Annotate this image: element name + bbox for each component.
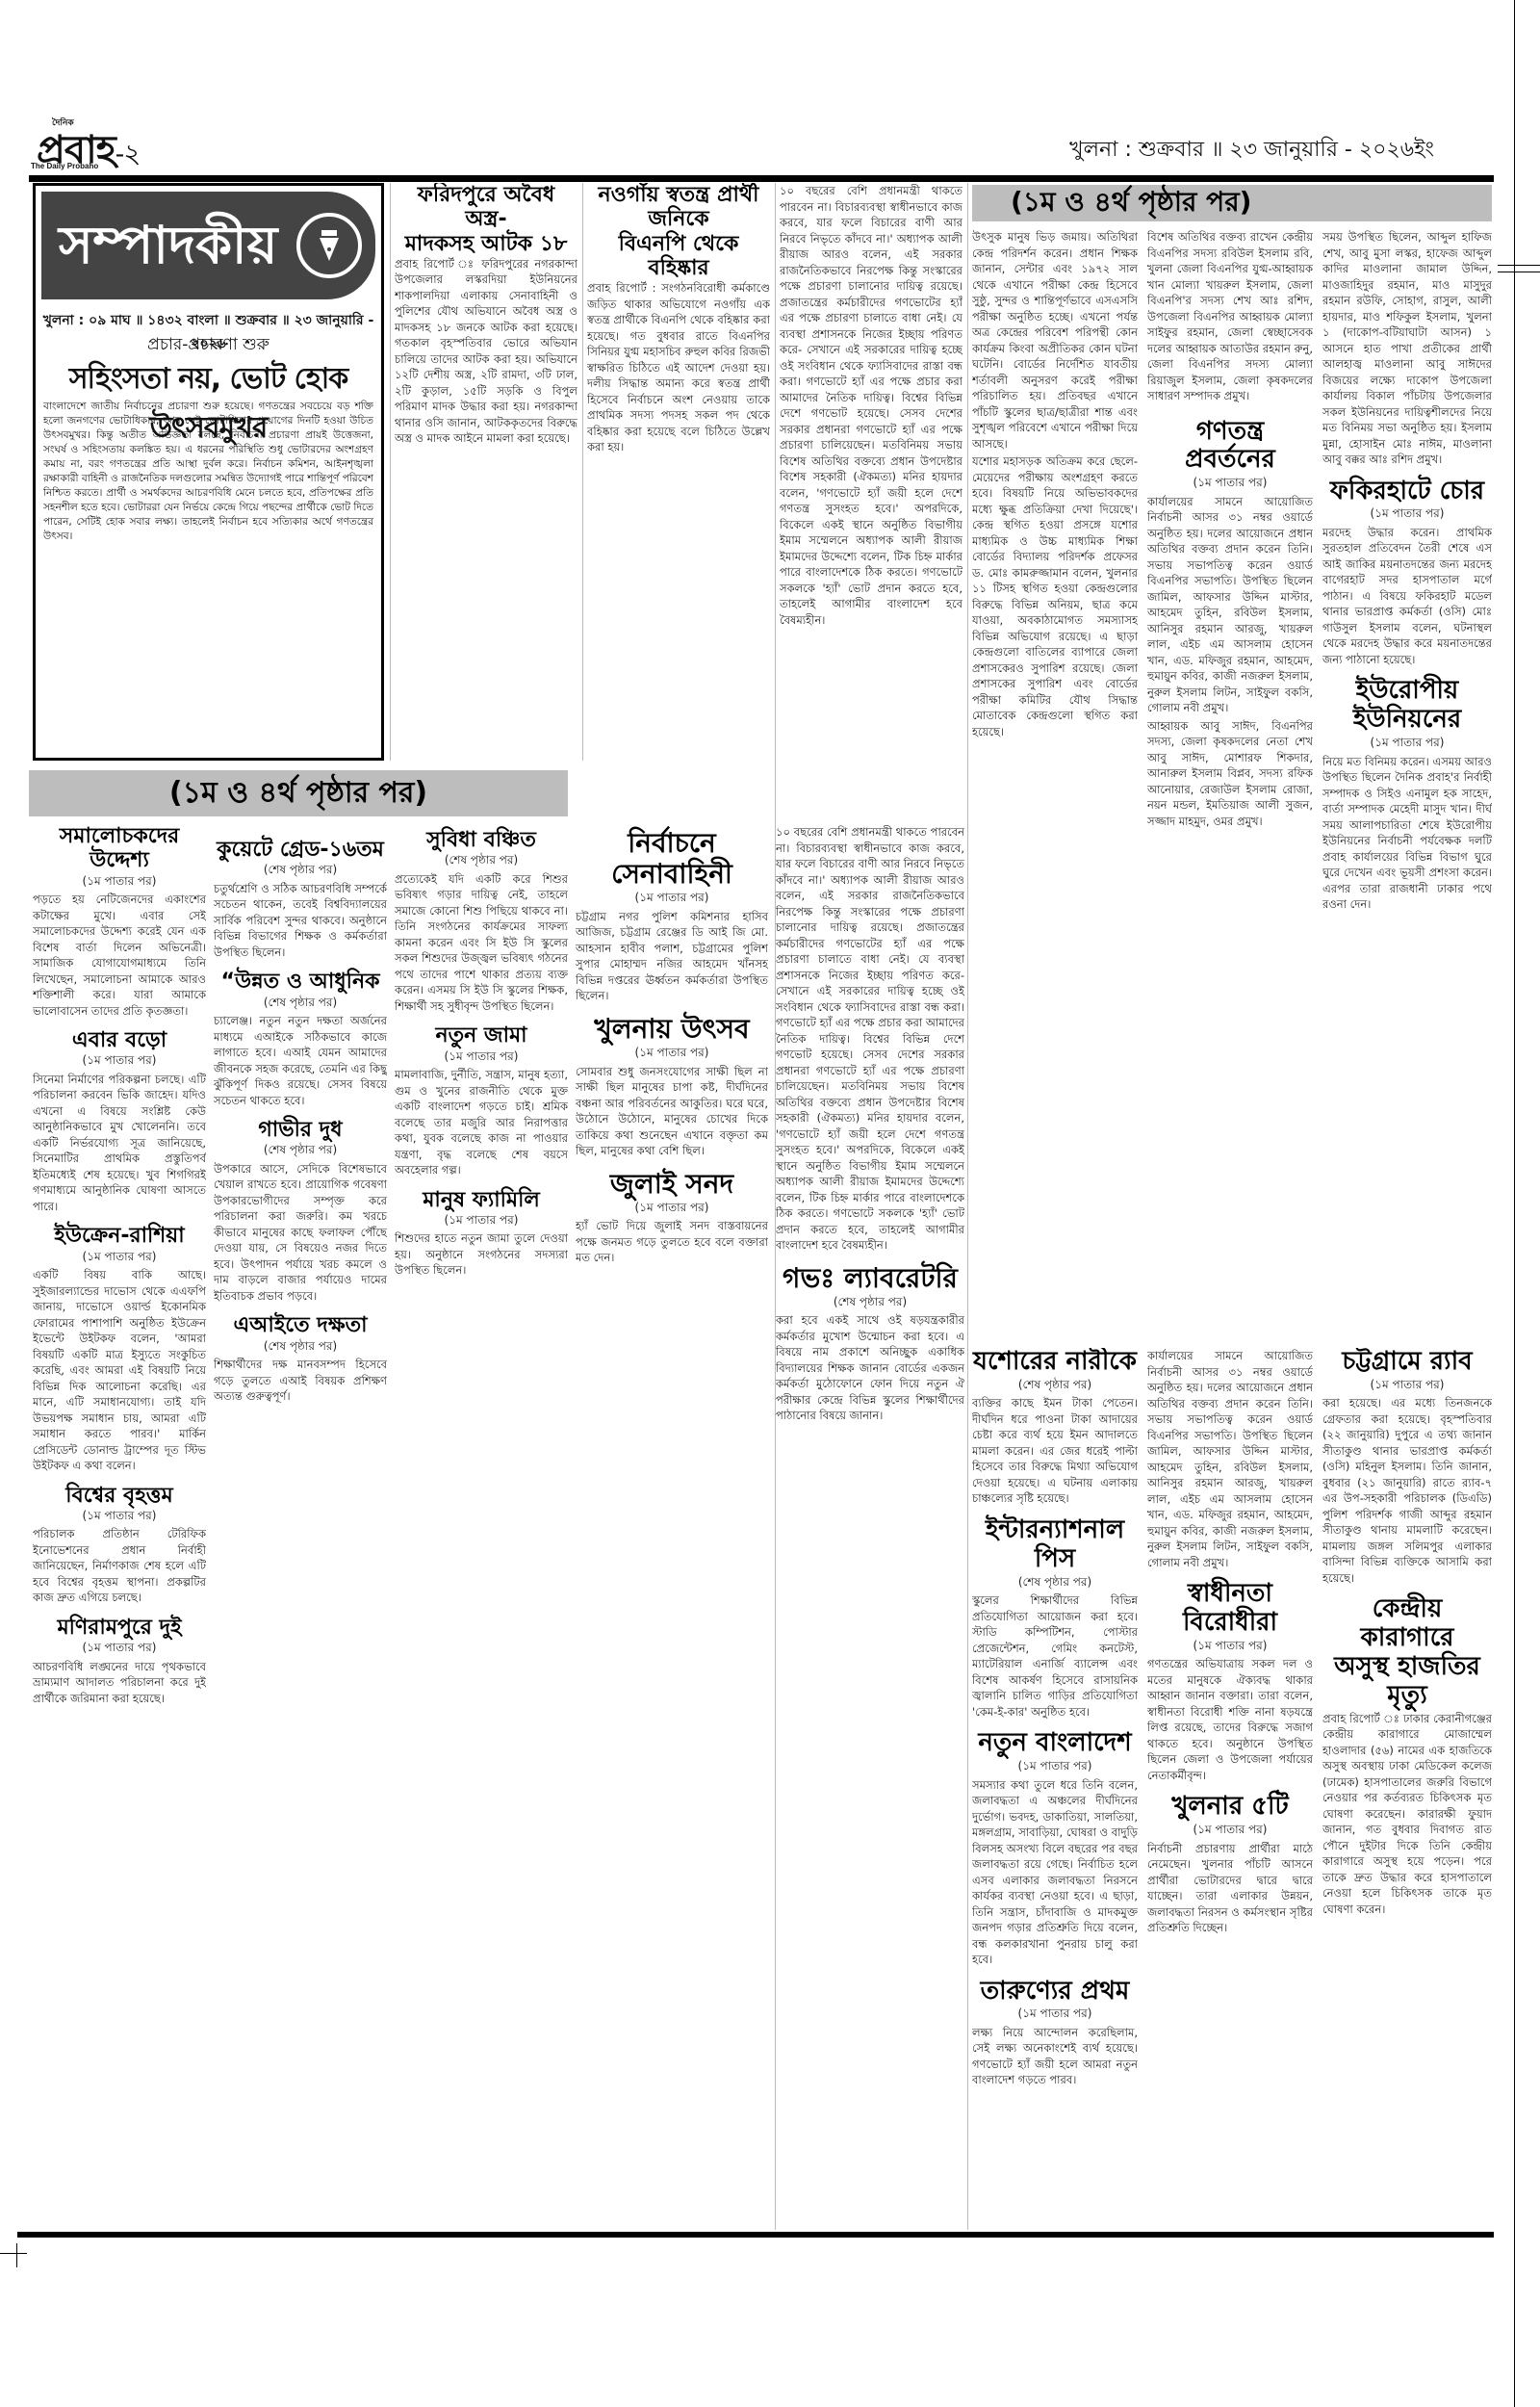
column-lower-3: সুবিধা বঞ্চিত (শেষ পৃষ্ঠার পর) প্রত্যেকে… (395, 824, 568, 2230)
story-sub: (শেষ পৃষ্ঠার পর) (972, 1574, 1138, 1591)
column-lower-1: সমালোচকদের উদ্দেশ্য (১ম পাতার পর) পড়তে … (33, 824, 206, 2230)
story-headline: যশোরের নারীকে (972, 1348, 1138, 1377)
story-sub: (শেষ পৃষ্ঠার পর) (214, 995, 387, 1011)
story-body: সমস্যার কথা তুলে ধরে তিনি বলেন, জলাবদ্ধত… (972, 1777, 1138, 1968)
column-divider (582, 183, 583, 761)
story-sub: (১ম পাতার পর) (972, 2006, 1138, 2022)
story-body: একটি বিষয় বাকি আছে। সুইজারল্যান্ডের দাভ… (33, 1267, 206, 1474)
crop-mark-right-horizontal-2 (1498, 272, 1540, 272)
story-sub: (১ম পাতার পর) (576, 1200, 768, 1216)
column-divider (775, 183, 776, 2230)
crop-mark-bottom-left-vertical (16, 2243, 17, 2267)
story-headline: গভঃ ল্যাবরেটরি (776, 1263, 964, 1294)
story-headline: মানুষ ফ্যামিলি (395, 1188, 568, 1212)
story-sub: (১ম পাতার পর) (33, 1640, 206, 1656)
masthead: দৈনিক প্রবাহ-২ The Daily Probaho খুলনা :… (29, 114, 1492, 173)
story-sub: (শেষ পৃষ্ঠার পর) (776, 1294, 964, 1310)
story-faridpur: ফরিদপুরে অবৈধ অস্ত্র-মাদকসহ আটক ১৮ প্রবা… (395, 183, 577, 761)
story-sub: (১ম পাতার পর) (1147, 1822, 1313, 1838)
logo-english: The Daily Probaho (31, 162, 98, 170)
story-body: মামলাবাজি, দুর্নীতি, সন্ত্রাস, মানুষ হত্… (395, 1067, 568, 1178)
story-naogaon: নওগাঁয় স্বতন্ত্র প্রার্থী জনিকেবিএনপি থ… (587, 183, 770, 761)
story-headline: জুলাই সনদ (576, 1169, 768, 1200)
story-body: ব্যক্তির কাছে ইমন টাকা পেতেন। দীর্ঘদিন ধ… (972, 1395, 1138, 1507)
story-body: শিক্ষার্থীদের দক্ষ মানবসম্পদ হিসেবে গড়ে… (214, 1357, 387, 1405)
story-headline: তারুণ্যের প্রথম (972, 1978, 1138, 2006)
story-body: প্রবাহ রিপোর্ট ঃ ঢাকার কেরানীগঞ্জের কেন্… (1322, 1711, 1492, 1918)
story-body: প্রত্যেকেই যদি একটি করে শিশুর ভবিষ্যৎ গড… (395, 871, 568, 1015)
column-text: আহ্বায়ক আবু সাঈদ, বিএনপির সদস্য, জেলা ক… (1147, 718, 1313, 830)
continued-banner-top: (১ম ও ৪র্থ পৃষ্ঠার পর) (972, 185, 1492, 221)
story-body: সোমবার শুধু জনসংযোগের সাক্ষী ছিল না সাক্… (576, 1064, 768, 1159)
column-text: সময় উপস্থিত ছিলেন, আব্দুল হাফিজ শেখ, আব… (1322, 229, 1492, 468)
story-body: প্রবাহ রিপোর্ট ঃ ফরিদপুরের নগরকান্দা উপজ… (395, 256, 577, 447)
crop-mark-bottom-left (0, 2253, 27, 2254)
story-headline: ইন্টারন্যাশনাল পিস (972, 1516, 1138, 1574)
story-sub: (১ম পাতার পর) (1147, 475, 1313, 491)
story-body: স্কুলের শিক্ষার্থীদের বিভিন্ন প্রতিযোগিত… (972, 1592, 1138, 1720)
story-headline: চট্টগ্রামে র‍্যাব (1322, 1348, 1492, 1377)
story-sub: (১ম পাতার পর) (33, 1508, 206, 1524)
story-headline: নির্বাচনে সেনাবাহিনী (576, 828, 768, 890)
story-headline: ইউক্রেন-রাশিয়া (33, 1224, 206, 1248)
story-body: করা হবে একই সাথে ওই ষড়যন্ত্রকারীর কর্মক… (776, 1312, 964, 1424)
story-headline: গাভীর দুধ (214, 1118, 387, 1142)
column-text: ১০ বছরের বেশি প্রধানমন্ত্রী থাকতে পারবেন… (780, 183, 962, 628)
story-headline: স্বাধীনতা বিরোধীরা (1147, 1580, 1313, 1638)
crop-mark-right-vertical (1514, 0, 1515, 2407)
story-sub: (১ম পাতার পর) (1322, 735, 1492, 751)
story-body: চ্যালেঞ্জ। নতুন নতুন দক্ষতা অর্জনের মাধ্… (214, 1013, 387, 1108)
story-body: আচরণবিধি লঙ্ঘনের দায়ে পৃথকভাবে ভ্রাম্যম… (33, 1659, 206, 1707)
story-headline: এআইতে দক্ষতা (214, 1313, 387, 1337)
story-headline: খুলনার ৫টি (1147, 1793, 1313, 1822)
column-divider (390, 183, 391, 761)
story-sub: (১ম পাতার পর) (576, 890, 768, 906)
editorial-section: সম্পাদকীয় খুলনা : ০৯ মাঘ ॥ ১৪৩২ বাংলা ॥… (33, 183, 384, 761)
story-body: সিনেমা নির্মাণের পরিকল্পনা চলছে। এটি পরি… (33, 1072, 206, 1215)
column-lower-7: কার্যালয়ের সামনে আয়োজিত নির্বাচনী আসর … (1147, 1348, 1313, 2230)
story-body: গণতন্ত্রের অভিযাত্রায় সকল দল ও মতের মান… (1147, 1656, 1313, 1783)
column-text: ১০ বছরের বেশি প্রধানমন্ত্রী থাকতে পারবেন… (776, 824, 964, 1254)
story-headline: খুলনায় উৎসব (576, 1014, 768, 1045)
story-headline: সুবিধা বঞ্চিত (395, 828, 568, 852)
masthead-rule (29, 175, 1494, 182)
column-lower-4: নির্বাচনে সেনাবাহিনী (১ম পাতার পর) চট্টগ… (576, 824, 768, 2230)
column-continued-1: ১০ বছরের বেশি প্রধানমন্ত্রী থাকতে পারবেন… (780, 183, 962, 761)
story-body: পড়তে হয় নেটিজেনদের একাংশের কটাক্ষের মু… (33, 892, 206, 1019)
story-headline: কুয়েটে গ্রেড-১৬তম (214, 838, 387, 862)
story-body: করা হয়েছে। এর মধ্যে তিনজনকে গ্রেফতার কর… (1322, 1395, 1492, 1586)
story-body: শিশুদের হাতে নতুন জামা তুলে দেওয়া হয়। … (395, 1230, 568, 1279)
column-divider (967, 183, 968, 2230)
story-body: হ্যাঁ ভোট দিয়ে জুলাই সনদ বাস্তবায়নের প… (576, 1218, 768, 1266)
story-sub: (১ম পাতার পর) (395, 1048, 568, 1065)
column-text: কার্যালয়ের সামনে আয়োজিত নির্বাচনী আসর … (1147, 1348, 1313, 1570)
column-top-right-3: সময় উপস্থিত ছিলেন, আব্দুল হাফিজ শেখ, আব… (1322, 229, 1492, 1336)
story-sub: (১ম পাতার পর) (576, 1045, 768, 1061)
column-top-right-2: বিশেষ অতিথির বক্তব্য রাখেন কেন্দ্রীয় বি… (1147, 229, 1313, 1336)
story-headline: এবার বড়ো (33, 1028, 206, 1052)
editorial-title: সম্পাদকীয় (59, 205, 277, 292)
story-headline: মণিরামপুরে দুই (33, 1616, 206, 1640)
story-headline: ফকিরহাটে চোর (1322, 478, 1492, 506)
story-body: নিয়ে মত বিনিময় করেন। এসময় আরও উপস্থিত… (1322, 754, 1492, 913)
story-headline: নতুন বাংলাদেশ (972, 1729, 1138, 1758)
story-headline: নওগাঁয় স্বতন্ত্র প্রার্থী জনিকেবিএনপি থ… (587, 183, 770, 280)
story-sub: (১ম পাতার পর) (33, 873, 206, 890)
column-lower-2: কুয়েটে গ্রেড-১৬তম (শেষ পৃষ্ঠার পর) চতুর… (214, 824, 387, 2230)
story-sub: (১ম পাতার পর) (33, 1052, 206, 1069)
story-headline: “উন্নত ও আধুনিক (214, 970, 387, 994)
story-body: চট্টগ্রাম নগর পুলিশ কমিশনার হাসিব আজিজ, … (576, 909, 768, 1004)
story-sub: (শেষ পৃষ্ঠার পর) (395, 852, 568, 868)
story-headline: কেন্দ্রীয় কারাগারেঅসুস্থ হাজতির মৃত্যু (1322, 1595, 1492, 1711)
story-sub: (১ম পাতার পর) (1322, 505, 1492, 522)
story-headline: নতুন জামা (395, 1023, 568, 1048)
crop-mark-right-horizontal (1498, 265, 1540, 266)
story-body: লক্ষ্য নিয়ে আন্দোলন করেছিলাম, সেই লক্ষ্… (972, 2025, 1138, 2088)
column-top-right-1: উৎসুক মানুষ ভিড় জমায়। অতিথিরা কেন্দ্র … (972, 229, 1138, 1336)
story-body: প্রবাহ রিপোর্ট : সংগঠনবিরোধী কর্মকাণ্ডে … (587, 280, 770, 455)
story-sub: (১ম পাতার পর) (33, 1249, 206, 1265)
story-sub: (১ম পাতার পর) (395, 1212, 568, 1229)
story-body: মরদেহ উদ্ধার করেন। প্রাথমিক সুরতহাল প্রত… (1322, 525, 1492, 668)
story-sub: (১ম পাতার পর) (972, 1758, 1138, 1774)
editorial-body: বাংলাদেশে জাতীয় নির্বাচনের প্রচারণা শুর… (43, 400, 373, 752)
story-sub: (শেষ পৃষ্ঠার পর) (972, 1377, 1138, 1393)
column-lower-5: ১০ বছরের বেশি প্রধানমন্ত্রী থাকতে পারবেন… (776, 824, 964, 2230)
story-sub: (১ম পাতার পর) (1322, 1377, 1492, 1393)
story-body: চতুর্থশ্রেণি ও সঠিক আচরণবিধি সম্পর্কে সচ… (214, 881, 387, 961)
story-headline: ফরিদপুরে অবৈধ অস্ত্র-মাদকসহ আটক ১৮ (395, 183, 577, 256)
editorial-banner: সম্পাদকীয় (41, 192, 375, 299)
story-body: পরিচালক প্রতিষ্ঠান টেরিফিক ইনোভেশনের প্র… (33, 1526, 206, 1606)
column-text: উৎসুক মানুষ ভিড় জমায়। অতিথিরা কেন্দ্র … (972, 229, 1138, 452)
fountain-pen-icon (296, 213, 362, 278)
story-sub: (শেষ পৃষ্ঠার পর) (214, 862, 387, 878)
column-lower-6: যশোরের নারীকে (শেষ পৃষ্ঠার পর) ব্যক্তির … (972, 1348, 1138, 2230)
story-headline: বিশ্বের বৃহত্তম (33, 1484, 206, 1508)
story-headline: গণতন্ত্র প্রবর্তনের (1147, 418, 1313, 476)
masthead-date: খুলনা : শুক্রবার ॥ ২৩ জানুয়ারি - ২০২৬ইং (1069, 133, 1434, 168)
story-sub: (শেষ পৃষ্ঠার পর) (214, 1338, 387, 1355)
column-text: বিশেষ অতিথির বক্তব্য রাখেন কেন্দ্রীয় বি… (1147, 229, 1313, 404)
story-headline: ইউরোপীয় ইউনিয়নের (1322, 677, 1492, 735)
newspaper-logo: দৈনিক প্রবাহ-২ The Daily Probaho (29, 114, 183, 173)
column-text: যশোর মহাসড়ক অতিক্রম করে ছেলে-মেয়েদের প… (972, 453, 1138, 739)
story-body: উপকারে আসে, সেদিকে বিশেষভাবে খেয়াল রাখত… (214, 1161, 387, 1305)
continued-banner-middle: (১ম ও ৪র্থ পৃষ্ঠার পর) (29, 770, 568, 816)
story-body: নির্বাচনী প্রচারণায় প্রার্থীরা মাঠে নেম… (1147, 1841, 1313, 1936)
column-lower-8: চট্টগ্রামে র‍্যাব (১ম পাতার পর) করা হয়ে… (1322, 1348, 1492, 2230)
story-sub: (শেষ পৃষ্ঠার পর) (214, 1142, 387, 1158)
logo-name: প্রবাহ-২ (37, 119, 140, 184)
story-sub: (১ম পাতার পর) (1147, 1638, 1313, 1654)
page-bottom-rule (17, 2232, 1494, 2238)
story-headline: সমালোচকদের উদ্দেশ্য (33, 824, 206, 873)
story-body: কার্যালয়ের সামনে আয়োজিত নির্বাচনী আসর … (1147, 494, 1313, 716)
